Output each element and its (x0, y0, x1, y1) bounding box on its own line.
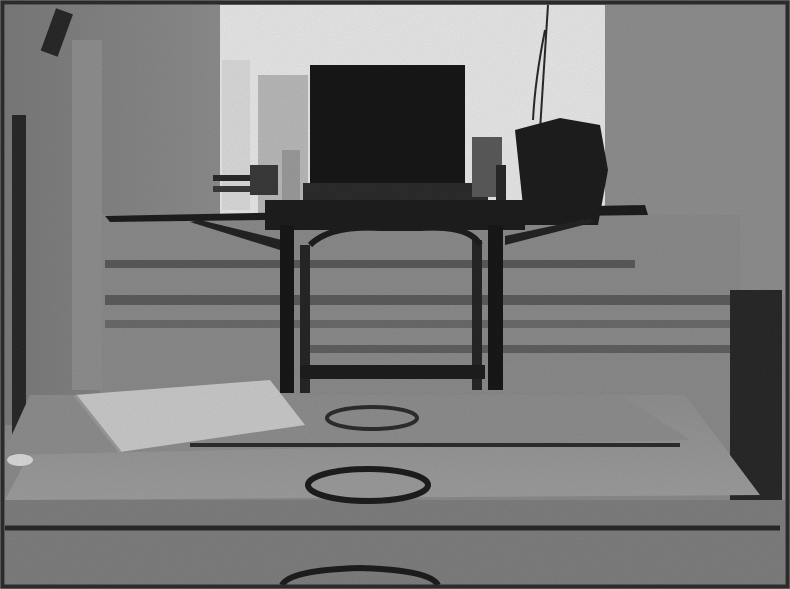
photograph (0, 0, 790, 589)
left-pole (12, 115, 26, 455)
scene-illustration (0, 0, 790, 589)
black-square-panel (310, 65, 465, 185)
